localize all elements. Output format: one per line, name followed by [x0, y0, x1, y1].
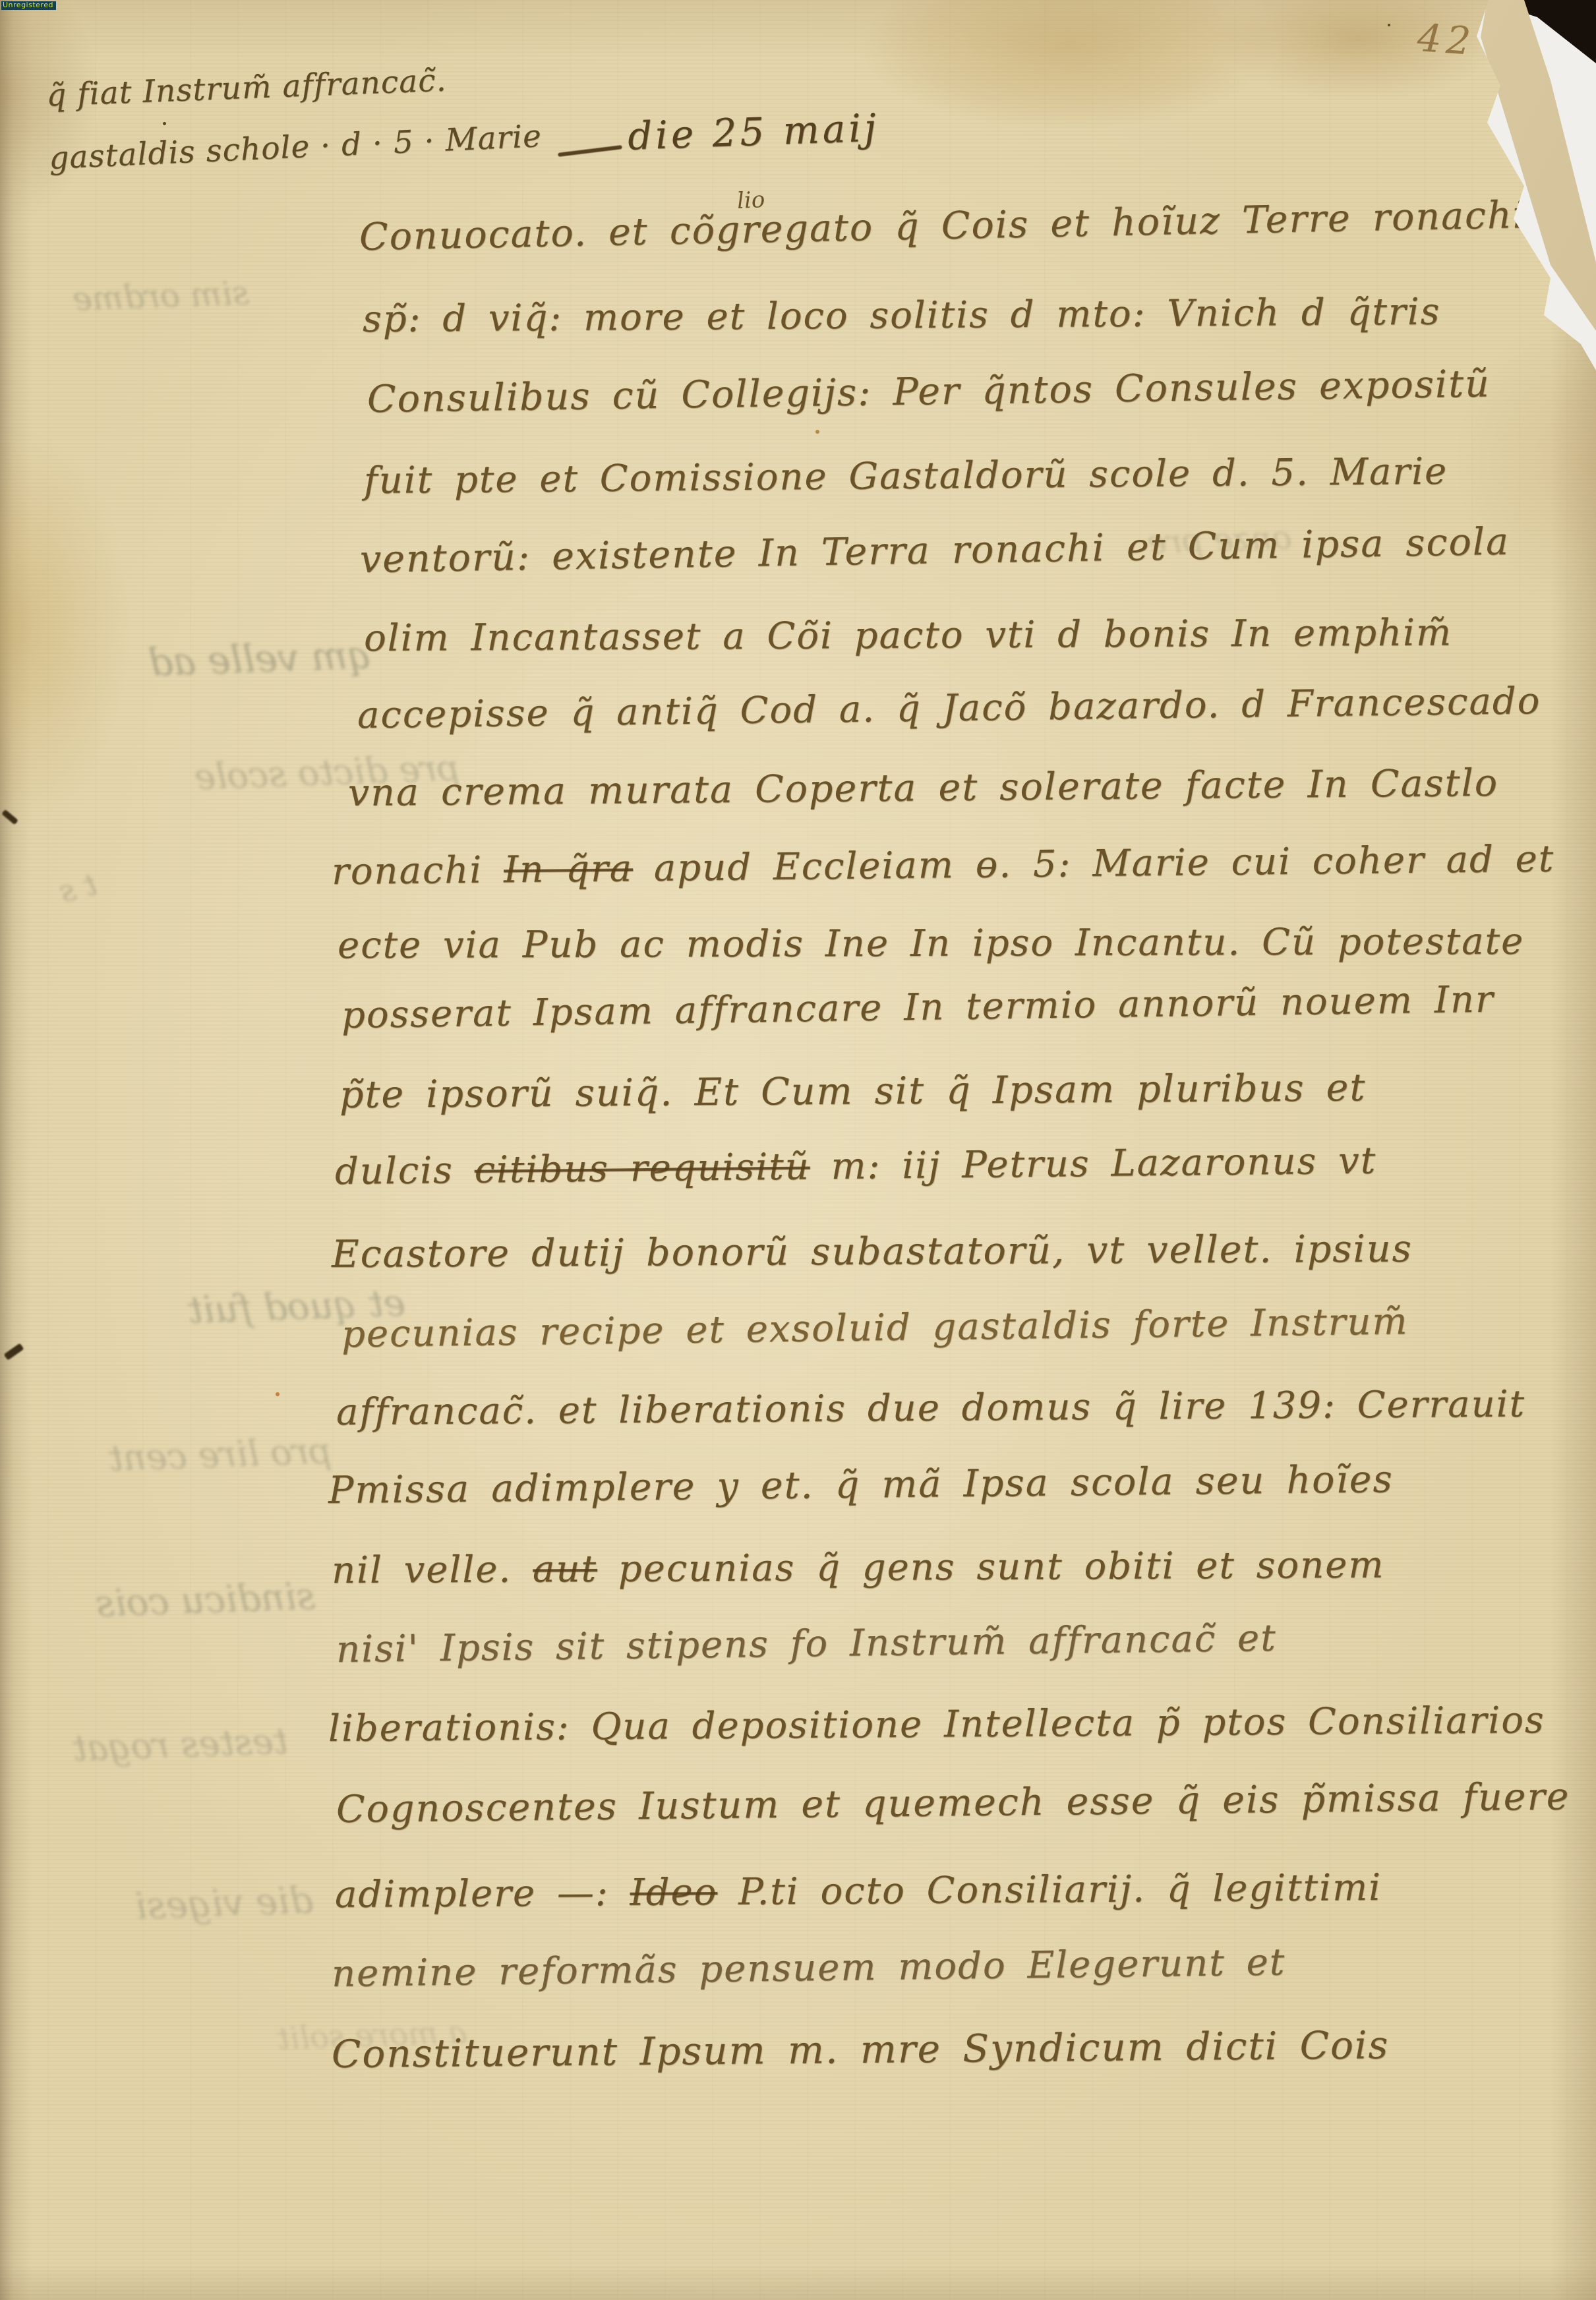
margin-note-line-1: q̃ fiat Instrum̃ affrancac̃.: [45, 62, 447, 113]
line-text: pecunias recipe et exsoluid gastaldis fo…: [341, 1300, 1409, 1356]
body-text-line: vna crema murata Coperta et solerate fac…: [348, 761, 1499, 815]
line-text: P.ti octo Consiliarij. q̃ legittimi: [717, 1866, 1382, 1914]
body-text-line: pecunias recipe et exsoluid gastaldis fo…: [341, 1300, 1409, 1356]
line-text: Cognoscentes Iustum et quemech esse q̃ e…: [336, 1775, 1570, 1831]
body-text-line: accepisse q̃ antiq̃ Cod a. q̃ Jacõ bazar…: [357, 680, 1541, 737]
line-text: Pmissa adimplere y et. q̃ mã Ipsa scola …: [328, 1458, 1394, 1512]
binding-stitch-mark: [4, 1343, 24, 1360]
line-text: Constituerunt Ipsum m. mre Syndicum dict…: [332, 2022, 1390, 2077]
body-text-line: nisi' Ipsis sit stipens fo Instrum̃ affr…: [336, 1617, 1277, 1671]
body-text-line: nil velle. aut pecunias q̃ gens sunt obi…: [332, 1544, 1385, 1592]
body-text-line: Ecastore dutij bonorũ subastatorũ, vt ve…: [332, 1227, 1413, 1276]
binding-stitch-mark: [1, 810, 18, 825]
margin-note-line-2: gastaldis schole · d · 5 · Marie: [48, 118, 543, 177]
body-text-line: posserat Ipsam affrancare In termio anno…: [341, 978, 1495, 1037]
verso-showthrough-text: t s: [55, 866, 100, 910]
line-text: Ecastore dutij bonorũ subastatorũ, vt ve…: [332, 1227, 1413, 1276]
line-text: ecte via Pub ac modis Ine In ipso Incant…: [338, 920, 1524, 967]
body-text-line: Conuocato. et cõgregato q̃ Cois et hoĩuz…: [359, 189, 1596, 259]
struck-text: In q̃ra: [504, 847, 634, 891]
line-text: fuit pte et Comissione Gastaldorũ scole …: [364, 450, 1448, 502]
line-text: nil velle.: [332, 1548, 533, 1592]
line-text: ventorũ: existente In Terra ronachi et C…: [359, 520, 1510, 581]
body-text-line: ronachi In q̃ra apud Eccleiam ɵ. 5: Mari…: [332, 838, 1555, 893]
verso-showthrough-text: testes rogat: [72, 1720, 289, 1769]
verso-showthrough-text: pro lire cent: [108, 1430, 332, 1479]
struck-text: aut: [533, 1548, 597, 1591]
body-text-line: dulcis citibus requisitũ m: iij Petrus L…: [335, 1139, 1377, 1193]
body-text-line: Cognoscentes Iustum et quemech esse q̃ e…: [336, 1775, 1570, 1831]
line-text: olim Incantasset a Cõi pacto vti d bonis…: [364, 611, 1452, 660]
body-text-line: p̃te ipsorũ suiq̃. Et Cum sit q̃ Ipsam p…: [340, 1066, 1367, 1117]
pen-flourish-dash: [558, 145, 622, 157]
line-text: ronachi: [332, 848, 504, 893]
line-text: posserat Ipsam affrancare In termio anno…: [341, 978, 1495, 1037]
line-text: adimplere —:: [335, 1872, 630, 1916]
body-text-line: sp̃: d viq̃: more et loco solitis d mto:…: [363, 291, 1441, 341]
line-text: m: iij Petrus Lazaronus vt: [810, 1139, 1376, 1188]
line-text: apud Eccleiam ɵ. 5: Marie cui coher ad e…: [633, 838, 1555, 891]
body-text-line: ventorũ: existente In Terra ronachi et C…: [359, 520, 1510, 581]
ink-speck: [815, 430, 819, 434]
body-text-line: fuit pte et Comissione Gastaldorũ scole …: [364, 450, 1448, 502]
body-text-line: olim Incantasset a Cõi pacto vti d bonis…: [364, 611, 1452, 660]
verso-showthrough-text: die vigesi: [134, 1879, 314, 1928]
line-text: nisi' Ipsis sit stipens fo Instrum̃ affr…: [336, 1617, 1277, 1671]
line-text: Consulibus cũ Collegijs: Per q̃ntos Cons…: [367, 362, 1491, 421]
body-text-line: liberationis: Qua depositione Intellecta…: [328, 1699, 1545, 1750]
ink-speck: [276, 1392, 280, 1396]
line-text: vna crema murata Coperta et solerate fac…: [348, 761, 1499, 815]
verso-showthrough-text: qm velle ad: [148, 632, 372, 685]
heading-date: die 25 maij: [627, 105, 880, 158]
line-text: nemine reformãs pensuem modo Elegerunt e…: [332, 1941, 1286, 1995]
line-text: Conuocato. et cõgregato q̃ Cois et hoĩuz…: [359, 189, 1596, 259]
line-text: liberationis: Qua depositione Intellecta…: [328, 1699, 1545, 1750]
line-text: p̃te ipsorũ suiq̃. Et Cum sit q̃ Ipsam p…: [340, 1066, 1367, 1117]
struck-text: citibus requisitũ: [474, 1145, 810, 1191]
body-text-line: affrancac̃. et liberationis due domus q̃…: [336, 1382, 1526, 1434]
line-text: affrancac̃. et liberationis due domus q̃…: [336, 1382, 1526, 1434]
body-text-line: Constituerunt Ipsum m. mre Syndicum dict…: [332, 2022, 1390, 2077]
line-text: accepisse q̃ antiq̃ Cod a. q̃ Jacõ bazar…: [357, 680, 1541, 737]
parchment-leaf: sim ordme qm velle ad pre dicto scole t …: [0, 0, 1596, 2300]
line-text: pecunias q̃ gens sunt obiti et sonem: [597, 1544, 1385, 1591]
ink-speck: [163, 122, 166, 125]
line-text: dulcis: [335, 1149, 475, 1193]
body-text-line: Consulibus cũ Collegijs: Per q̃ntos Cons…: [367, 362, 1491, 421]
verso-showthrough-text: sindicu cois: [95, 1575, 316, 1626]
body-text-line: adimplere —: Ideo P.ti octo Consiliarij.…: [335, 1866, 1382, 1916]
unregistered-software-watermark: Unregistered: [1, 1, 56, 10]
body-text-line: nemine reformãs pensuem modo Elegerunt e…: [332, 1941, 1286, 1995]
folio-number: 42: [1416, 15, 1477, 64]
line-text: sp̃: d viq̃: more et loco solitis d mto:…: [363, 291, 1441, 341]
ink-speck: [422, 475, 425, 477]
verso-showthrough-text: sim ordme: [72, 274, 250, 318]
struck-text: Ideo: [630, 1871, 717, 1914]
manuscript-scan-page: sim ordme qm velle ad pre dicto scole t …: [0, 0, 1596, 2300]
body-text-line: Pmissa adimplere y et. q̃ mã Ipsa scola …: [328, 1458, 1394, 1512]
body-text-line: ecte via Pub ac modis Ine In ipso Incant…: [338, 920, 1524, 967]
ink-speck: [1388, 24, 1390, 26]
